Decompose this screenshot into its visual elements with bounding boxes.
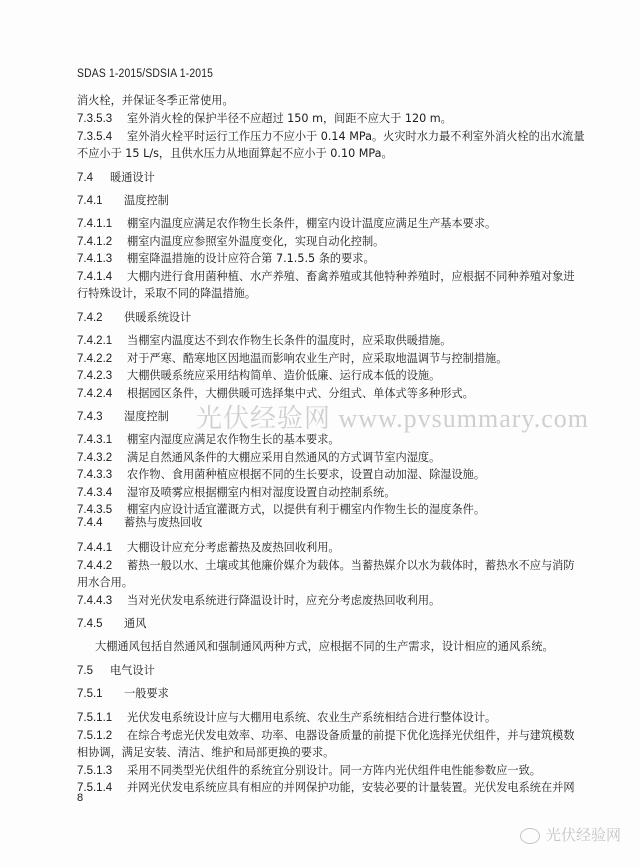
clause-text: 蓄热与废热回收 <box>124 516 202 529</box>
section-heading: 7.5.1一般要求 <box>77 687 169 701</box>
clause-text: 大棚设计应充分考虑蓄热及废热回收利用。 <box>127 541 340 554</box>
clause-text: 光伏发电系统设计应与大棚用电系统、农业生产系统相结合进行整体设计。 <box>127 711 496 724</box>
clause-number: 7.4.1 <box>77 194 124 208</box>
clause-text: 并网光伏发电系统应具有相应的并网保护功能，安装必要的计量装置。光伏发电系统在并网 <box>127 781 575 794</box>
paragraph-line: 7.4.2.2对于严寒、酷寒地区因地温而影响农业生产时，应采取地温调节与控制措施… <box>77 352 507 366</box>
paragraph-line: 不应小于 15 L/s，且供水压力从地面算起不应小于 0.10 MPa。 <box>77 147 393 161</box>
corner-watermark-text: 光伏经验网 <box>546 826 621 844</box>
clause-text: 电气设计 <box>110 664 155 677</box>
wechat-icon <box>520 828 540 844</box>
clause-number: 7.4.2.3 <box>77 369 127 383</box>
clause-text: 当对光伏发电系统进行降温设计时，应充分考虑废热回收利用。 <box>127 594 440 607</box>
paragraph-line: 7.4.1.3棚室降温措施的设计应符合第 7.1.5.5 条的要求。 <box>77 252 375 266</box>
clause-text: 通风 <box>124 617 146 630</box>
clause-number: 7.5.1 <box>77 687 124 701</box>
section-heading: 7.5电气设计 <box>77 664 155 678</box>
clause-text: 农作物、食用菌种植应根据不同的生长要求，设置自动加湿、除湿设施。 <box>127 468 485 481</box>
paragraph-line: 7.3.5.3室外消火栓的保护半径不应超过 150 m，间距不应大于 120 m… <box>77 112 452 126</box>
clause-text: 供暖系统设计 <box>124 311 191 324</box>
page-number: 8 <box>77 792 83 804</box>
paragraph-line: 7.4.3.1棚室内湿度应满足农作物生长的基本要求。 <box>77 433 340 447</box>
clause-number: 7.4.3.2 <box>77 451 127 465</box>
paragraph-line: 行特殊设计，采取不同的降温措施。 <box>77 287 256 301</box>
paragraph-line: 7.4.3.4湿帘及喷雾应根据棚室内相对湿度设置自动控制系统。 <box>77 486 396 500</box>
paragraph-line: 7.4.2.3大棚供暖系统应采用结构简单、造价低廉、运行成本低的设施。 <box>77 369 440 383</box>
clause-number: 7.4.4 <box>77 516 124 530</box>
clause-number: 7.5.1.4 <box>77 781 127 795</box>
clause-text: 相协调，满足安装、清洁、维护和局部更换的要求。 <box>77 746 334 759</box>
paragraph-line: 7.4.3.2满足自然通风条件的大棚应采用自然通风的方式调节室内湿度。 <box>77 451 440 465</box>
clause-number: 7.5.1.3 <box>77 764 127 778</box>
clause-text: 不应小于 15 L/s，且供水压力从地面算起不应小于 0.10 MPa。 <box>77 147 393 160</box>
clause-number: 7.4.4.1 <box>77 541 127 555</box>
clause-text: 满足自然通风条件的大棚应采用自然通风的方式调节室内湿度。 <box>127 451 440 464</box>
paragraph-line: 7.4.1.2棚室内温度应参照室外温度变化，实现自动化控制。 <box>77 235 384 249</box>
corner-watermark: 光伏经验网 <box>520 824 621 845</box>
clause-number: 7.3.5.4 <box>77 130 127 144</box>
paragraph-line: 7.4.3.5棚室内应设计适宜灌溉方式，以提供有利于棚室内作物生长的湿度条件。 <box>77 503 485 517</box>
clause-number: 7.5 <box>77 664 110 678</box>
clause-number: 7.4.2.2 <box>77 352 127 366</box>
clause-text: 室外消火栓平时运行工作压力不应小于 0.14 MPa。火灾时水力最不利室外消火栓… <box>127 130 585 143</box>
paragraph-line: 7.5.1.3采用不同类型光伏组件的系统宜分别设计。同一方阵内光伏组件电性能参数… <box>77 764 541 778</box>
clause-number: 7.4.4.3 <box>77 594 127 608</box>
paragraph-line: 7.5.1.2在综合考虑光伏发电效率、功率、电器设备质量的前提下优化选择光伏组件… <box>77 729 575 743</box>
clause-text: 当棚室内温度达不到农作物生长条件的温度时，应采取供暖措施。 <box>127 334 451 347</box>
clause-text: 棚室内温度应满足农作物生长条件，棚室内设计温度应满足生产基本要求。 <box>127 217 496 230</box>
section-heading: 7.4暖通设计 <box>77 171 155 185</box>
clause-number: 7.4.2.1 <box>77 334 127 348</box>
paragraph-line: 7.5.1.1光伏发电系统设计应与大棚用电系统、农业生产系统相结合进行整体设计。 <box>77 711 496 725</box>
clause-number: 7.4 <box>77 171 110 185</box>
paragraph-line: 7.4.2.1当棚室内温度达不到农作物生长条件的温度时，应采取供暖措施。 <box>77 334 451 348</box>
paragraph-line: 7.4.4.3当对光伏发电系统进行降温设计时，应充分考虑废热回收利用。 <box>77 594 440 608</box>
clause-number: 7.4.2.4 <box>77 387 127 401</box>
clause-text: 棚室内应设计适宜灌溉方式，以提供有利于棚室内作物生长的湿度条件。 <box>127 503 485 516</box>
clause-number: 7.4.3.5 <box>77 503 127 517</box>
section-heading: 7.4.2供暖系统设计 <box>77 311 191 325</box>
paragraph-line: 7.4.3.3农作物、食用菌种植应根据不同的生长要求，设置自动加湿、除湿设施。 <box>77 468 485 482</box>
document-header: SDAS 1-2015/SDSIA 1-2015 <box>77 68 213 80</box>
clause-text: 一般要求 <box>124 687 169 700</box>
clause-text: 用水合用。 <box>77 576 133 589</box>
clause-number: 7.4.1.2 <box>77 235 127 249</box>
clause-text: 在综合考虑光伏发电效率、功率、电器设备质量的前提下优化选择光伏组件，并与建筑模数 <box>127 729 575 742</box>
document-page: SDAS 1-2015/SDSIA 1-2015 消火栓，并保证冬季正常使用。7… <box>0 0 640 867</box>
paragraph-line: 7.5.1.4并网光伏发电系统应具有相应的并网保护功能，安装必要的计量装置。光伏… <box>77 781 575 795</box>
clause-text: 对于严寒、酷寒地区因地温而影响农业生产时，应采取地温调节与控制措施。 <box>127 352 507 365</box>
paragraph-line: 消火栓，并保证冬季正常使用。 <box>77 94 234 108</box>
paragraph-line: 7.4.1.4大棚内进行食用菌种植、水产养殖、畜禽养殖或其他特种养殖时，应根据不… <box>77 270 575 284</box>
clause-number: 7.4.1.1 <box>77 217 127 231</box>
clause-number: 7.5.1.2 <box>77 729 127 743</box>
clause-text: 室外消火栓的保护半径不应超过 150 m，间距不应大于 120 m。 <box>127 112 452 125</box>
paragraph-line: 相协调，满足安装、清洁、维护和局部更换的要求。 <box>77 746 334 760</box>
section-heading: 7.4.1温度控制 <box>77 194 169 208</box>
clause-number: 7.4.1.3 <box>77 252 127 266</box>
clause-text: 蓄热一般以水、土壤或其他廉价媒介为载体。当蓄热媒介以水为载体时，蓄热水不应与消防 <box>127 559 575 572</box>
clause-number: 7.5.1.1 <box>77 711 127 725</box>
paragraph-line: 7.4.4.2蓄热一般以水、土壤或其他廉价媒介为载体。当蓄热媒介以水为载体时，蓄… <box>77 559 575 573</box>
clause-number: 7.4.1.4 <box>77 270 127 284</box>
clause-number: 7.4.3 <box>77 410 124 424</box>
clause-number: 7.4.3.1 <box>77 433 127 447</box>
clause-text: 棚室内温度应参照室外温度变化，实现自动化控制。 <box>127 235 384 248</box>
paragraph-line: 7.4.1.1棚室内温度应满足农作物生长条件，棚室内设计温度应满足生产基本要求。 <box>77 217 496 231</box>
clause-text: 消火栓，并保证冬季正常使用。 <box>77 94 234 107</box>
clause-text: 温度控制 <box>124 194 169 207</box>
section-heading: 7.4.5通风 <box>77 617 146 631</box>
center-watermark: 光伏经验网 www.pvsummary.com <box>196 398 589 435</box>
paragraph-line: 7.4.4.1大棚设计应充分考虑蓄热及废热回收利用。 <box>77 541 340 555</box>
clause-text: 大棚通风包括自然通风和强制通风两种方式，应根据不同的生产需求，设计相应的通风系统… <box>95 640 554 653</box>
paragraph-line: 用水合用。 <box>77 576 133 590</box>
clause-text: 大棚内进行食用菌种植、水产养殖、畜禽养殖或其他特种养殖时，应根据不同种养殖对象进 <box>127 270 575 283</box>
clause-number: 7.4.4.2 <box>77 559 127 573</box>
paragraph-line: 大棚通风包括自然通风和强制通风两种方式，应根据不同的生产需求，设计相应的通风系统… <box>95 640 554 654</box>
section-heading: 7.4.3湿度控制 <box>77 410 169 424</box>
clause-number: 7.4.5 <box>77 617 124 631</box>
clause-number: 7.4.2 <box>77 311 124 325</box>
clause-text: 大棚供暖系统应采用结构简单、造价低廉、运行成本低的设施。 <box>127 369 440 382</box>
clause-text: 行特殊设计，采取不同的降温措施。 <box>77 287 256 300</box>
clause-text: 棚室降温措施的设计应符合第 7.1.5.5 条的要求。 <box>127 252 375 265</box>
clause-text: 湿帘及喷雾应根据棚室内相对湿度设置自动控制系统。 <box>127 486 396 499</box>
clause-number: 7.4.3.4 <box>77 486 127 500</box>
section-heading: 7.4.4蓄热与废热回收 <box>77 516 202 530</box>
clause-text: 采用不同类型光伏组件的系统宜分别设计。同一方阵内光伏组件电性能参数应一致。 <box>127 764 541 777</box>
clause-number: 7.3.5.3 <box>77 112 127 126</box>
clause-number: 7.4.3.3 <box>77 468 127 482</box>
paragraph-line: 7.3.5.4室外消火栓平时运行工作压力不应小于 0.14 MPa。火灾时水力最… <box>77 130 585 144</box>
clause-text: 暖通设计 <box>110 171 155 184</box>
clause-text: 湿度控制 <box>124 410 169 423</box>
